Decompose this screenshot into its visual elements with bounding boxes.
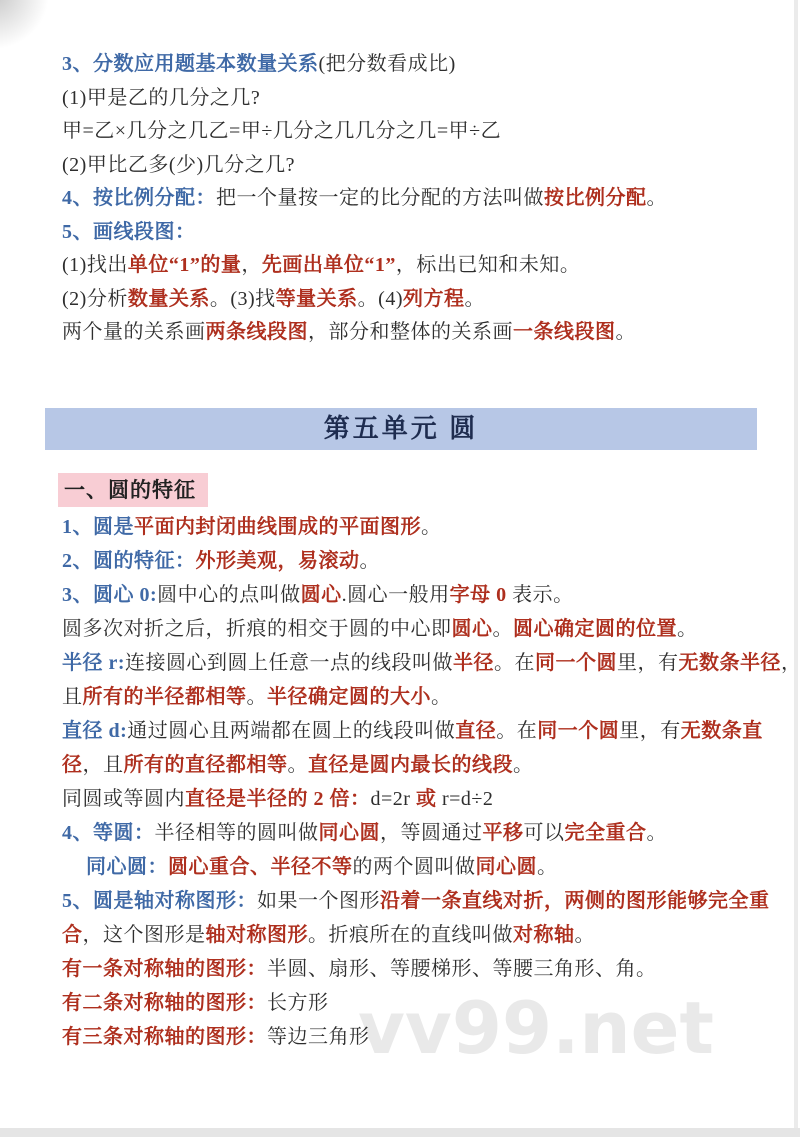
text-segment: 单位“1”的量 xyxy=(128,254,242,276)
text-segment: 。(4) xyxy=(358,288,403,310)
text-segment: 同心圆 xyxy=(476,856,538,878)
text-line: 3、圆心 0:圆中心的点叫做圆心.圆心一般用字母 0 表示。 xyxy=(62,578,800,612)
text-segment: 等量关系 xyxy=(276,288,358,310)
text-segment: 。 xyxy=(647,187,668,209)
text-segment: 长方形 xyxy=(267,992,329,1014)
text-line: 有二条对称轴的图形：长方形 xyxy=(62,986,800,1020)
text-segment: 。 xyxy=(464,288,485,310)
text-segment: 同心圆： xyxy=(86,856,168,878)
text-segment: 1、圆是 xyxy=(62,516,134,538)
text-segment: 里，有 xyxy=(619,720,681,742)
text-segment: 有一条对称轴的图形： xyxy=(62,958,267,980)
text-segment: 列方程 xyxy=(403,288,465,310)
text-segment: 圆心 xyxy=(301,584,342,606)
text-segment: 。 xyxy=(247,686,268,708)
text-line: 半径 r:连接圆心到圆上任意一点的线段叫做半径。在同一个圆里，有无数条半径， xyxy=(62,646,800,680)
text-segment: 。折痕所在的直线叫做 xyxy=(308,924,513,946)
text-segment: 一条线段图 xyxy=(513,321,616,343)
text-segment: 直径 xyxy=(455,720,496,742)
text-segment: 或 xyxy=(416,788,437,810)
text-segment: 。 xyxy=(513,754,534,776)
text-segment: 。 xyxy=(677,618,698,640)
text-segment: 。(3)找 xyxy=(210,288,276,310)
text-segment: 。 xyxy=(537,856,558,878)
text-segment: 同圆或等圆内 xyxy=(62,788,185,810)
text-segment: (1)甲是乙的几分之几? xyxy=(62,87,260,109)
text-segment: 按比例分配 xyxy=(544,187,647,209)
text-line: 4、按比例分配：把一个量按一定的比分配的方法叫做按比例分配。 xyxy=(62,182,667,216)
text-segment: 圆心 xyxy=(452,618,493,640)
text-segment: d=2r xyxy=(371,788,416,810)
text-line: 5、圆是轴对称图形：如果一个图形沿着一条直线对折，两侧的图形能够完全重 xyxy=(62,884,800,918)
text-segment: 半圆、扇形、等腰梯形、等腰三角形、角。 xyxy=(267,958,657,980)
text-segment: 数量关系 xyxy=(128,288,210,310)
text-line: 4、等圆：半径相等的圆叫做同心圆，等圆通过平移可以完全重合。 xyxy=(62,816,800,850)
text-segment: 且 xyxy=(62,686,83,708)
text-segment: 。 xyxy=(421,516,442,538)
text-segment: 完全重合 xyxy=(565,822,647,844)
text-segment: 甲=乙×几分之几乙=甲÷几分之几几分之几=甲÷乙 xyxy=(62,120,501,142)
text-segment: 。 xyxy=(616,321,637,343)
text-segment: 通过圆心且两端都在圆上的线段叫做 xyxy=(127,720,455,742)
text-segment: 。在 xyxy=(494,652,535,674)
text-segment: 无数条直 xyxy=(681,720,763,742)
page-edge-bottom xyxy=(0,1128,800,1137)
text-segment: 轴对称图形 xyxy=(206,924,309,946)
text-segment: 圆中心的点叫做 xyxy=(157,584,301,606)
text-segment: 的两个圆叫做 xyxy=(353,856,476,878)
text-line: (1)找出单位“1”的量，先画出单位“1”，标出已知和未知。 xyxy=(62,249,667,283)
text-segment: 5、画线段图： xyxy=(62,221,196,243)
text-segment: 径 xyxy=(62,754,83,776)
text-segment: 直径是半径的 2 倍： xyxy=(185,788,371,810)
text-segment: (2)分析 xyxy=(62,288,128,310)
text-segment: 同一个圆 xyxy=(535,652,617,674)
text-line: 且所有的半径都相等。半径确定圆的大小。 xyxy=(62,680,800,714)
text-line: (2)分析数量关系。(3)找等量关系。(4)列方程。 xyxy=(62,283,667,317)
text-segment: ，等圆通过 xyxy=(380,822,483,844)
text-line: 圆多次对折之后，折痕的相交于圆的中心即圆心。圆心确定圆的位置。 xyxy=(62,612,800,646)
text-segment: 等边三角形 xyxy=(267,1026,370,1048)
text-segment: r=d÷2 xyxy=(436,788,493,810)
text-segment: 平移 xyxy=(483,822,524,844)
text-segment: 。在 xyxy=(496,720,537,742)
text-segment: 两条线段图 xyxy=(206,321,309,343)
text-segment: 2、圆的特征： xyxy=(62,550,196,572)
text-line: (2)甲比乙多(少)几分之几? xyxy=(62,149,667,183)
text-segment: 半径 xyxy=(453,652,494,674)
text-segment: 所有的直径都相等 xyxy=(124,754,288,776)
text-segment: 如果一个图形 xyxy=(257,890,380,912)
text-segment: .圆心一般用 xyxy=(342,584,450,606)
text-line: 有一条对称轴的图形：半圆、扇形、等腰梯形、等腰三角形、角。 xyxy=(62,952,800,986)
text-segment: 3、圆心 0: xyxy=(62,584,157,606)
unit-banner: 第五单元 圆 xyxy=(45,408,757,450)
text-line: 径，且所有的直径都相等。直径是圆内最长的线段。 xyxy=(62,748,800,782)
text-segment: 圆心重合、半径不等 xyxy=(168,856,353,878)
text-segment: 圆多次对折之后，折痕的相交于圆的中心即 xyxy=(62,618,452,640)
section-fraction-word-problems: 3、分数应用题基本数量关系(把分数看成比)(1)甲是乙的几分之几?甲=乙×几分之… xyxy=(62,48,667,350)
text-segment: 。 xyxy=(431,686,452,708)
text-segment: 直径 d: xyxy=(62,720,127,742)
text-segment: 4、按比例分配： xyxy=(62,187,216,209)
text-segment: 半径确定圆的大小 xyxy=(267,686,431,708)
text-segment: ，标出已知和未知。 xyxy=(396,254,581,276)
subsection-heading-label: 一、圆的特征 xyxy=(64,478,196,502)
text-segment: 4、等圆： xyxy=(62,822,155,844)
text-segment: 外形美观，易滚动 xyxy=(196,550,360,572)
text-line: 有三条对称轴的图形：等边三角形 xyxy=(62,1020,800,1054)
text-line: 同心圆：圆心重合、半径不等的两个圆叫做同心圆。 xyxy=(62,850,800,884)
text-line: (1)甲是乙的几分之几? xyxy=(62,82,667,116)
text-segment: 。 xyxy=(575,924,596,946)
text-segment: ， xyxy=(241,254,262,276)
text-segment: 先画出单位“1” xyxy=(262,254,396,276)
text-segment: 表示。 xyxy=(512,584,574,606)
text-line: 1、圆是平面内封闭曲线围成的平面图形。 xyxy=(62,510,800,544)
text-segment: 连接圆心到圆上任意一点的线段叫做 xyxy=(125,652,453,674)
text-segment: 半径 r: xyxy=(62,652,125,674)
text-segment: 。 xyxy=(288,754,309,776)
text-line: 5、画线段图： xyxy=(62,216,667,250)
text-segment: 合 xyxy=(62,924,83,946)
unit-banner-title: 第五单元 圆 xyxy=(324,414,479,443)
text-segment: (2)甲比乙多(少)几分之几? xyxy=(62,154,295,176)
text-segment: 平面内封闭曲线围成的平面图形 xyxy=(134,516,421,538)
text-segment: (把分数看成比) xyxy=(319,53,456,75)
text-line: 甲=乙×几分之几乙=甲÷几分之几几分之几=甲÷乙 xyxy=(62,115,667,149)
text-segment: ，部分和整体的关系画 xyxy=(308,321,513,343)
text-segment: 无数条半径 xyxy=(679,652,782,674)
text-segment: 里，有 xyxy=(617,652,679,674)
text-segment: 有二条对称轴的图形： xyxy=(62,992,267,1014)
text-line: 合，这个图形是轴对称图形。折痕所在的直线叫做对称轴。 xyxy=(62,918,800,952)
text-segment: 半径相等的圆叫做 xyxy=(155,822,319,844)
text-segment: 可以 xyxy=(524,822,565,844)
text-segment: 同一个圆 xyxy=(537,720,619,742)
text-segment: 对称轴 xyxy=(513,924,575,946)
text-line: 2、圆的特征：外形美观，易滚动。 xyxy=(62,544,800,578)
text-segment: 3、分数应用题基本数量关系 xyxy=(62,53,319,75)
text-segment: 两个量的关系画 xyxy=(62,321,206,343)
text-segment: (1)找出 xyxy=(62,254,128,276)
text-segment: ，这个图形是 xyxy=(83,924,206,946)
text-segment: ，且 xyxy=(83,754,124,776)
section-circle-features: 1、圆是平面内封闭曲线围成的平面图形。2、圆的特征：外形美观，易滚动。3、圆心 … xyxy=(62,510,800,1054)
text-segment: 同心圆 xyxy=(319,822,381,844)
document-page: vv99.net 3、分数应用题基本数量关系(把分数看成比)(1)甲是乙的几分之… xyxy=(0,0,800,1137)
text-line: 3、分数应用题基本数量关系(把分数看成比) xyxy=(62,48,667,82)
text-segment: 。 xyxy=(647,822,668,844)
text-segment: 所有的半径都相等 xyxy=(83,686,247,708)
text-segment: 。 xyxy=(360,550,381,572)
text-segment: 圆心确定圆的位置 xyxy=(513,618,677,640)
subsection-heading: 一、圆的特征 xyxy=(58,473,208,507)
text-segment: 字母 0 xyxy=(450,584,513,606)
text-segment: 有三条对称轴的图形： xyxy=(62,1026,267,1048)
text-segment: 5、圆是轴对称图形： xyxy=(62,890,257,912)
text-segment: 直径是圆内最长的线段 xyxy=(308,754,513,776)
text-line: 直径 d:通过圆心且两端都在圆上的线段叫做直径。在同一个圆里，有无数条直 xyxy=(62,714,800,748)
text-line: 同圆或等圆内直径是半径的 2 倍：d=2r 或 r=d÷2 xyxy=(62,782,800,816)
page-edge-right xyxy=(794,0,798,1137)
text-segment: 沿着一条直线对折，两侧的图形能够完全重 xyxy=(380,890,770,912)
text-segment: 把一个量按一定的比分配的方法叫做 xyxy=(216,187,544,209)
text-segment: 。 xyxy=(493,618,514,640)
text-line: 两个量的关系画两条线段图，部分和整体的关系画一条线段图。 xyxy=(62,316,667,350)
